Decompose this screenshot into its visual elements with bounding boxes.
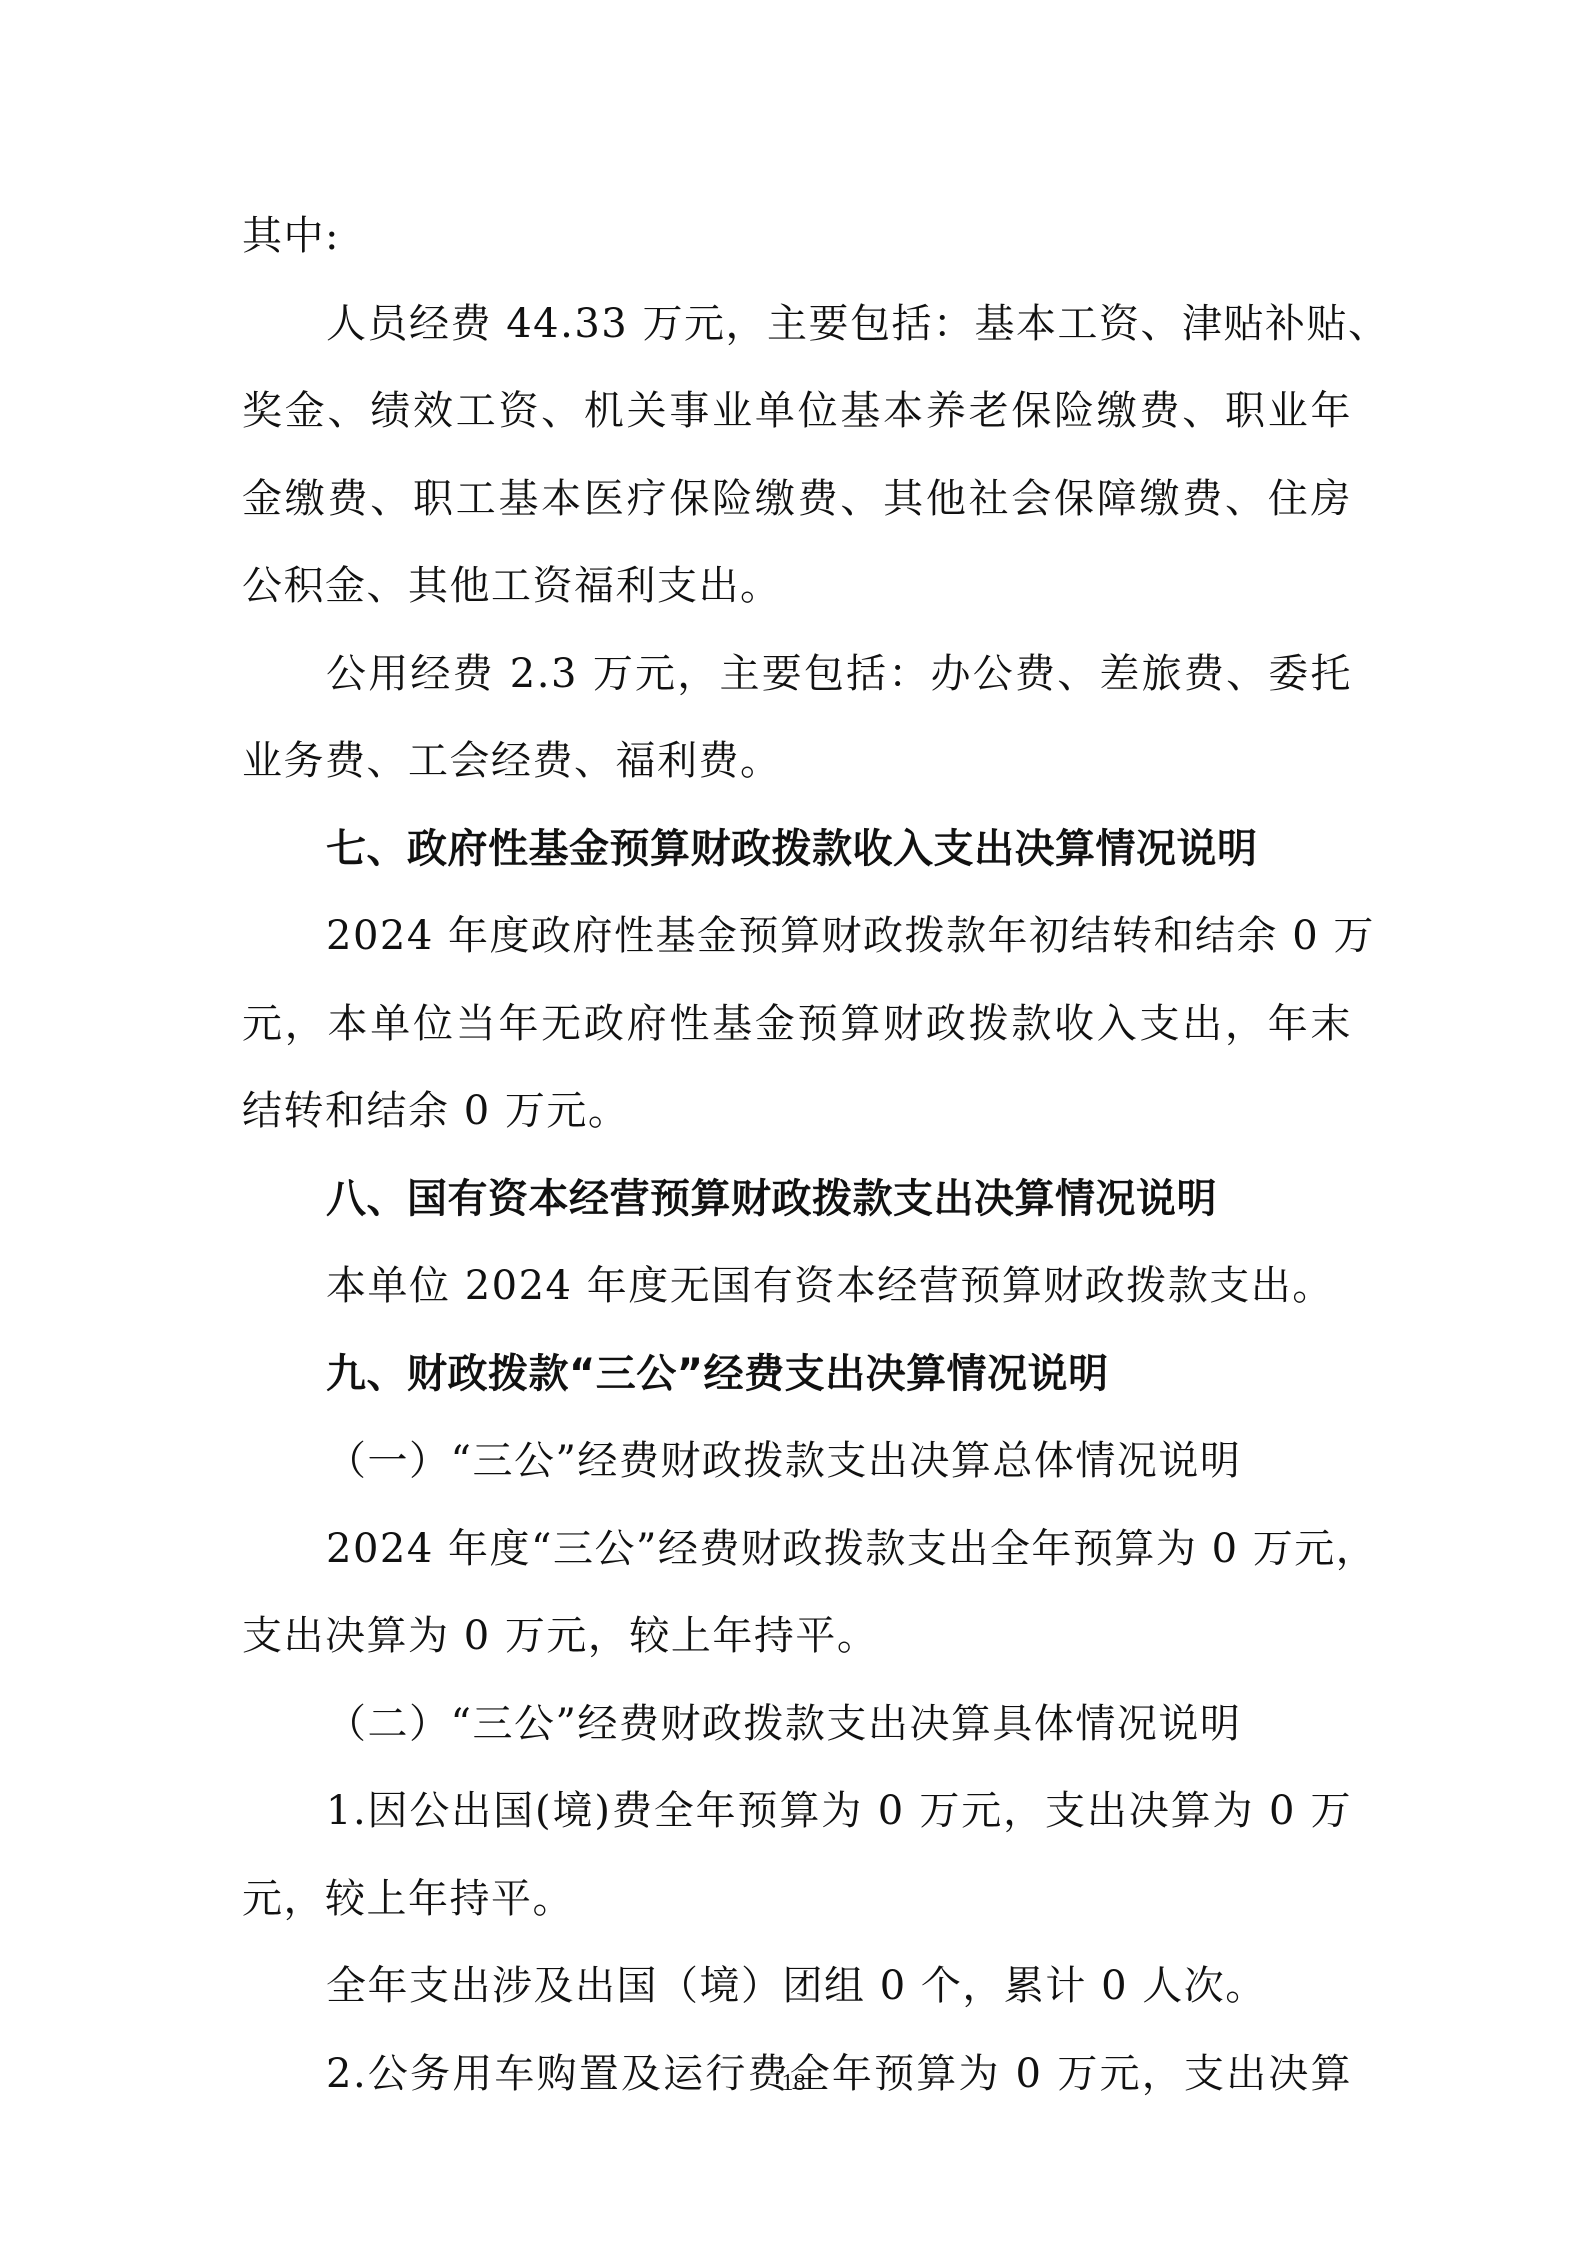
paragraph-overseas-groups: 全年支出涉及出国（境）团组 0 个，累计 0 人次。	[242, 1943, 1352, 2031]
text-line: 奖金、绩效工资、机关事业单位基本养老保险缴费、职业年	[242, 368, 1352, 456]
text-line-intro: 其中:	[242, 193, 1352, 281]
text-line: 元，本单位当年无政府性基金预算财政拨款收入支出，年末	[242, 981, 1352, 1069]
section-heading-9: 九、财政拨款“三公”经费支出决算情况说明	[242, 1331, 1352, 1419]
paragraph-public-expenses: 公用经费 2.3 万元，主要包括：办公费、差旅费、委托	[242, 631, 1352, 719]
subsection-heading-1: （一）“三公”经费财政拨款支出决算总体情况说明	[242, 1418, 1352, 1506]
text-line: 元，较上年持平。	[242, 1856, 1352, 1944]
paragraph-gov-fund: 2024 年度政府性基金预算财政拨款年初结转和结余 0 万	[242, 893, 1352, 981]
section-heading-8: 八、国有资本经营预算财政拨款支出决算情况说明	[242, 1156, 1352, 1244]
section-heading-7: 七、政府性基金预算财政拨款收入支出决算情况说明	[242, 806, 1352, 894]
text-line: 业务费、工会经费、福利费。	[242, 718, 1352, 806]
paragraph-three-public-overall: 2024 年度“三公”经费财政拨款支出全年预算为 0 万元，	[242, 1506, 1352, 1594]
text-line: 支出决算为 0 万元，较上年持平。	[242, 1593, 1352, 1681]
text-line: 结转和结余 0 万元。	[242, 1068, 1352, 1156]
paragraph-state-capital: 本单位 2024 年度无国有资本经营预算财政拨款支出。	[242, 1243, 1352, 1331]
page-number: 18	[0, 2070, 1587, 2097]
document-page: 其中: 人员经费 44.33 万元，主要包括：基本工资、津贴补贴、 奖金、绩效工…	[242, 193, 1352, 2118]
text-line: 公积金、其他工资福利支出。	[242, 543, 1352, 631]
subsection-heading-2: （二）“三公”经费财政拨款支出决算具体情况说明	[242, 1681, 1352, 1769]
paragraph-overseas-travel: 1.因公出国(境)费全年预算为 0 万元，支出决算为 0 万	[242, 1768, 1352, 1856]
paragraph-personnel-expenses: 人员经费 44.33 万元，主要包括：基本工资、津贴补贴、	[242, 281, 1352, 369]
text-line: 金缴费、职工基本医疗保险缴费、其他社会保障缴费、住房	[242, 456, 1352, 544]
